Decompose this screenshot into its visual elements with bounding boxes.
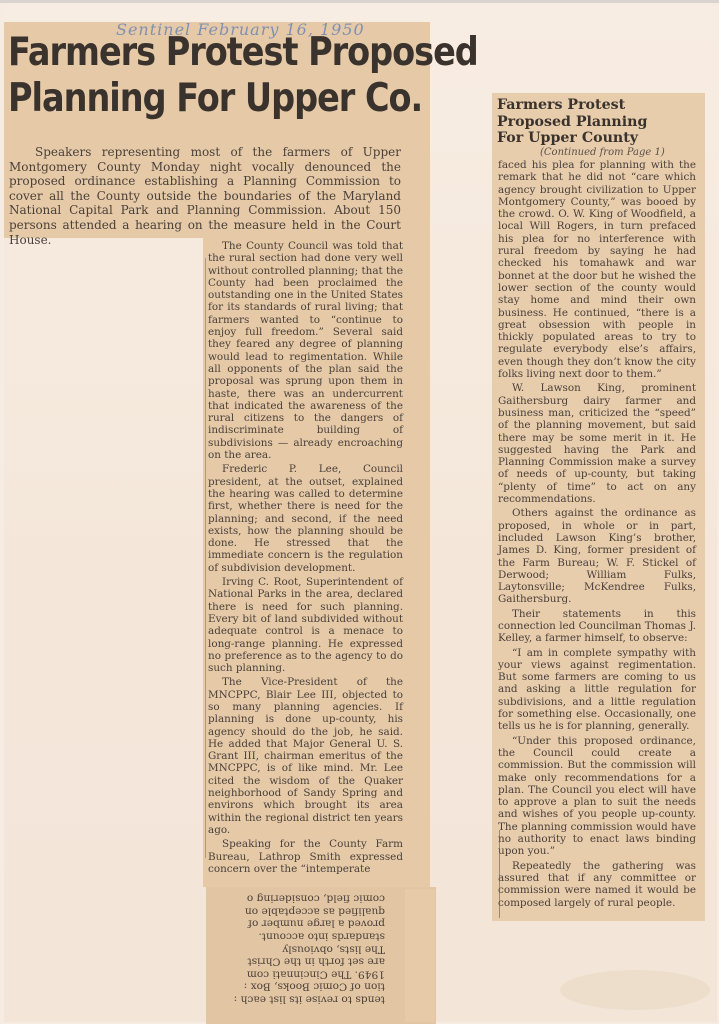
main-paragraph: Frederic P. Lee, Council president, at t… bbox=[208, 463, 403, 574]
continuation-paragraph: “I am in complete sympathy with your vie… bbox=[498, 647, 696, 733]
strip-line: The lists, obviously bbox=[210, 942, 385, 955]
top-border bbox=[0, 0, 719, 3]
headline-line-2: Planning For Upper Co. bbox=[8, 76, 369, 122]
column-rule bbox=[205, 258, 206, 858]
strip-line: tion of Comic Books, Box : bbox=[210, 980, 385, 993]
continuation-paragraph: W. Lawson King, prominent Gaithersburg d… bbox=[498, 382, 696, 505]
strip-line: qualified as acceptable on bbox=[210, 905, 385, 918]
continuation-paragraph: faced his plea for planning with the rem… bbox=[498, 159, 696, 380]
continuation-headline-line-3: For Upper County bbox=[497, 130, 697, 147]
continuation-paragraph: “Under this proposed ordinance, the Coun… bbox=[498, 735, 696, 858]
continuation-article-body: faced his plea for planning with the rem… bbox=[498, 159, 696, 911]
main-article-body: The County Council was told that the rur… bbox=[208, 240, 403, 877]
continuation-paragraph: Repeatedly the gathering was assured tha… bbox=[498, 860, 696, 909]
main-lede-paragraph: Speakers representing most of the farmer… bbox=[9, 145, 401, 247]
main-paragraph: Irving C. Root, Superintendent of Nation… bbox=[208, 576, 403, 674]
continuation-paragraph: Others against the ordinance as proposed… bbox=[498, 507, 696, 605]
strip-line: comic field, considering o bbox=[210, 892, 385, 905]
continuation-headline-line-2: Proposed Planning bbox=[497, 114, 697, 131]
main-headline: Farmers Protest Proposed Planning For Up… bbox=[8, 30, 369, 122]
continuation-column-rule bbox=[499, 830, 500, 918]
water-stain bbox=[560, 970, 710, 1010]
main-paragraph: Speaking for the County Farm Bureau, Lat… bbox=[208, 838, 403, 875]
continued-from-note: (Continued from Page 1) bbox=[540, 147, 665, 158]
inverted-strip-text: tends to revise its list each : tion of … bbox=[210, 892, 385, 1005]
strip-line: 1949. The Cincinnati com bbox=[210, 968, 385, 981]
strip-line: are set forth in the Christ bbox=[210, 955, 385, 968]
headline-line-1: Farmers Protest Proposed bbox=[8, 30, 369, 76]
continuation-headline: Farmers Protest Proposed Planning For Up… bbox=[497, 97, 697, 147]
continuation-headline-line-1: Farmers Protest bbox=[497, 97, 697, 114]
strip-line: standards into account. bbox=[210, 930, 385, 943]
continuation-paragraph: Their statements in this connection led … bbox=[498, 608, 696, 645]
strip-folded-edge bbox=[405, 889, 435, 1022]
main-paragraph: The Vice-President of the MNCPPC, Blair … bbox=[208, 676, 403, 836]
main-paragraph: The County Council was told that the rur… bbox=[208, 240, 403, 461]
strip-line: tends to revise its list each : bbox=[210, 993, 385, 1006]
strip-line: proved a large number of bbox=[210, 917, 385, 930]
